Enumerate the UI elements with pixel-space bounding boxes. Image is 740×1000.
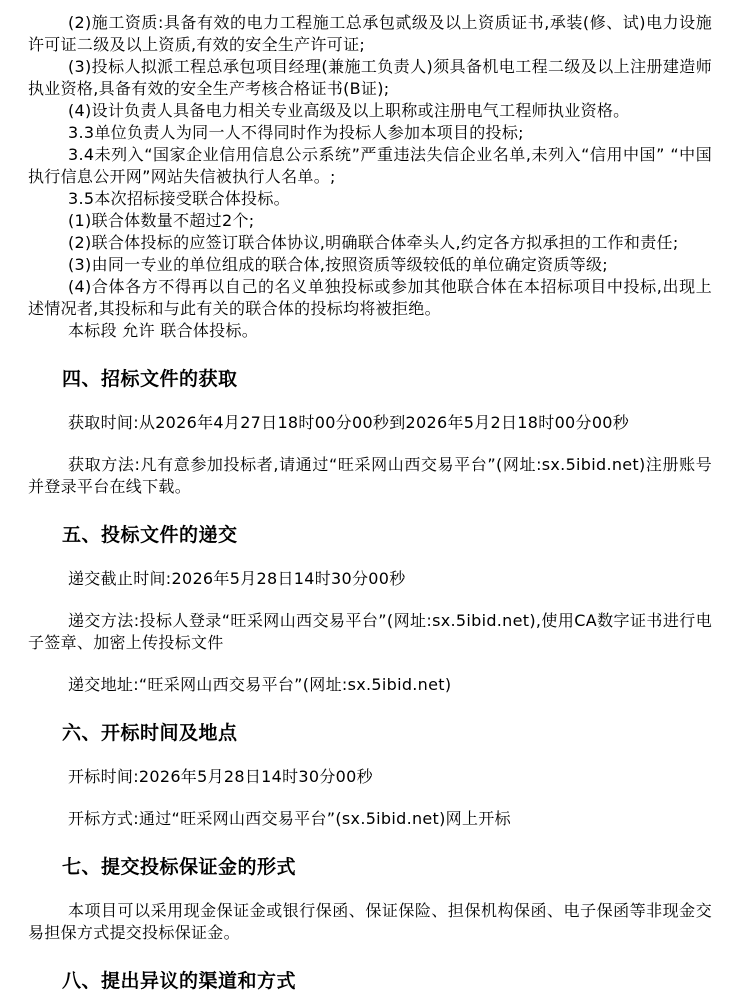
submission-method: 递交方法:投标人登录“旺采网山西交易平台”(网址:sx.5ibid.net),使… bbox=[28, 610, 712, 654]
section-heading-acquisition: 四、招标文件的获取 bbox=[28, 366, 712, 392]
section-heading-objection: 八、提出异议的渠道和方式 bbox=[28, 968, 712, 994]
section-bid-bond: 七、提交投标保证金的形式 本项目可以采用现金保证金或银行保函、保证保险、担保机构… bbox=[28, 854, 712, 944]
intro-paragraph-construction-qualification: (2)施工资质:具备有效的电力工程施工总承包贰级及以上资质证书,承装(修、试)电… bbox=[28, 12, 712, 56]
intro-paragraph-project-manager: (3)投标人拟派工程总承包项目经理(兼施工负责人)须具备机电工程二级及以上注册建… bbox=[28, 56, 712, 100]
intro-paragraph-consortium-allowed: 本标段 允许 联合体投标。 bbox=[28, 320, 712, 342]
intro-paragraph-consortium-count: (1)联合体数量不超过2个; bbox=[28, 210, 712, 232]
intro-paragraph-consortium-restriction: (4)合体各方不得再以自己的名义单独投标或参加其他联合体在本招标项目中投标,出现… bbox=[28, 276, 712, 320]
acquisition-method: 获取方法:凡有意参加投标者,请通过“旺采网山西交易平台”(网址:sx.5ibid… bbox=[28, 454, 712, 498]
intro-paragraph-3-5: 3.5本次招标接受联合体投标。 bbox=[28, 188, 712, 210]
section-heading-opening: 六、开标时间及地点 bbox=[28, 720, 712, 746]
section-document-acquisition: 四、招标文件的获取 获取时间:从2026年4月27日18时00分00秒到2026… bbox=[28, 366, 712, 498]
section-heading-bond: 七、提交投标保证金的形式 bbox=[28, 854, 712, 880]
section-objection-channel: 八、提出异议的渠道和方式 bbox=[28, 968, 712, 994]
submission-deadline: 递交截止时间:2026年5月28日14时30分00秒 bbox=[28, 568, 712, 590]
intro-paragraph-3-4: 3.4未列入“国家企业信用信息公示系统”严重违法失信企业名单,未列入“信用中国”… bbox=[28, 144, 712, 188]
intro-paragraph-design-lead: (4)设计负责人具备电力相关专业高级及以上职称或注册电气工程师执业资格。 bbox=[28, 100, 712, 122]
acquisition-time: 获取时间:从2026年4月27日18时00分00秒到2026年5月2日18时00… bbox=[28, 412, 712, 434]
intro-paragraph-consortium-grade: (3)由同一专业的单位组成的联合体,按照资质等级较低的单位确定资质等级; bbox=[28, 254, 712, 276]
section-heading-submission: 五、投标文件的递交 bbox=[28, 522, 712, 548]
opening-method: 开标方式:通过“旺采网山西交易平台”(sx.5ibid.net)网上开标 bbox=[28, 808, 712, 830]
intro-paragraph-3-3: 3.3单位负责人为同一人不得同时作为投标人参加本项目的投标; bbox=[28, 122, 712, 144]
submission-address: 递交地址:“旺采网山西交易平台”(网址:sx.5ibid.net) bbox=[28, 674, 712, 696]
tender-notice-page: (2)施工资质:具备有效的电力工程施工总承包贰级及以上资质证书,承装(修、试)电… bbox=[0, 0, 740, 1000]
bond-forms: 本项目可以采用现金保证金或银行保函、保证保险、担保机构保函、电子保函等非现金交易… bbox=[28, 900, 712, 944]
opening-time: 开标时间:2026年5月28日14时30分00秒 bbox=[28, 766, 712, 788]
intro-paragraph-consortium-agreement: (2)联合体投标的应签订联合体协议,明确联合体牵头人,约定各方拟承担的工作和责任… bbox=[28, 232, 712, 254]
section-bid-submission: 五、投标文件的递交 递交截止时间:2026年5月28日14时30分00秒 递交方… bbox=[28, 522, 712, 696]
section-bid-opening: 六、开标时间及地点 开标时间:2026年5月28日14时30分00秒 开标方式:… bbox=[28, 720, 712, 830]
